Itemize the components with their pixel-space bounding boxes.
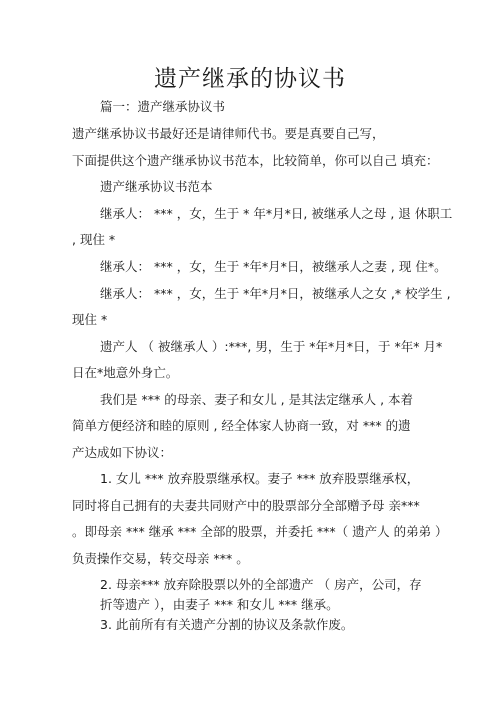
text-line: 1. 女儿 *** 放弃股票继承权。妻子 *** 放弃股票继承权， — [100, 471, 419, 487]
text-line: 遗产继承协议书范本 — [100, 179, 213, 195]
text-line: 。即母亲 *** 继承 *** 全部的股票，并委托 ***（ 遗产人 的弟弟 ） — [72, 524, 448, 540]
text-line: 现住 * — [72, 312, 107, 328]
text-line: , 现住 * — [72, 232, 115, 248]
text-line: 折等遗产 ），由妻子 *** 和女儿 *** 继承。 — [100, 597, 339, 613]
text-line: 遗产继承协议书最好还是请律师代书。要是真要自己写， — [72, 126, 385, 142]
text-line: 继承人： *** ，女，生于 *年*月*日，被继承人之妻 , 现 住*。 — [100, 259, 447, 275]
text-line: 继承人： *** ，女，生于 *年*月*日，被继承人之女 ,* 校学生 , — [100, 286, 451, 302]
text-line: 日在*地意外身亡。 — [72, 365, 178, 381]
text-line: 负责操作交易，转交母亲 *** 。 — [72, 551, 249, 567]
text-line: 下面提供这个遗产继承协议书范本，比较简单，你可以自己 填充： — [72, 153, 438, 169]
text-line: 简单方便经济和睦的原则 , 经全体家人协商一致，对 *** 的遗 — [72, 418, 411, 434]
text-line: 产达成如下协议： — [72, 445, 172, 461]
text-line: 继承人： *** ，女，生于 * 年*月*日, 被继承人之母 , 退 休职工 — [100, 206, 452, 222]
text-line: 3. 此前所有有关遗产分割的协议及条款作废。 — [100, 617, 353, 633]
text-line: 篇一：遗产继承协议书 — [100, 99, 225, 115]
text-line: 2. 母亲*** 放弃除股票以外的全部遗产 （ 房产，公司，存 — [100, 577, 422, 593]
document-title: 遗产继承的协议书 — [0, 60, 500, 93]
text-line: 遗产人 （ 被继承人 ）:***, 男，生于 *年*月*日，于 *年* 月* — [100, 339, 442, 355]
text-line: 同时将自己拥有的夫妻共同财产中的股票部分全部赠予母 亲*** — [72, 498, 420, 514]
text-line: 我们是 *** 的母亲、妻子和女儿 , 是其法定继承人 , 本着 — [100, 392, 413, 408]
